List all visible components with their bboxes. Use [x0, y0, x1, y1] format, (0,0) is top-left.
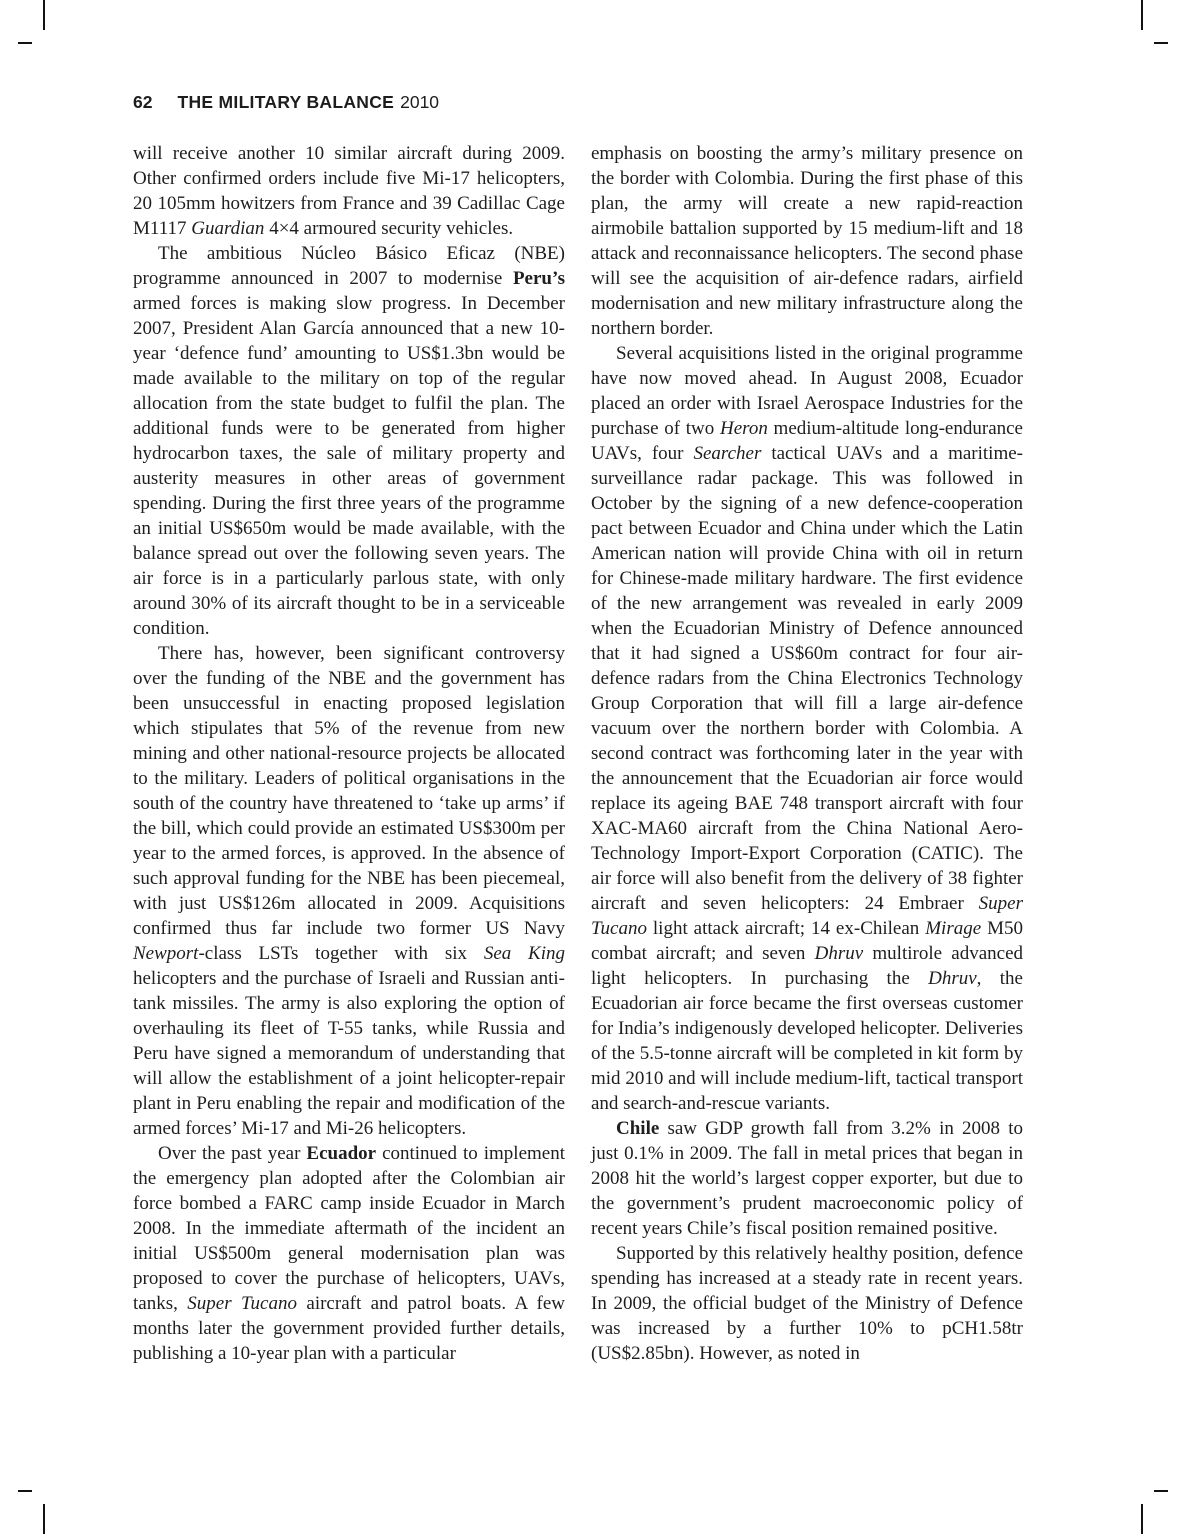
- text-run: -class LSTs together with six: [198, 943, 483, 964]
- text-run: emphasis on boosting the army’s military…: [591, 143, 1023, 339]
- crop-mark-bottom-left-vertical: [43, 1504, 45, 1534]
- text-run: Over the past year: [158, 1143, 306, 1164]
- paragraph: Over the past year Ecuador continued to …: [133, 1141, 565, 1366]
- text-run: Chile: [616, 1118, 659, 1139]
- text-run: armed forces is making slow progress. In…: [133, 293, 565, 639]
- header-title: THE MILITARY BALANCE: [177, 92, 394, 112]
- crop-mark-top-left-vertical: [43, 0, 45, 30]
- text-run: Heron: [720, 418, 768, 439]
- text-run: Ecuador: [306, 1143, 376, 1164]
- crop-mark-bottom-left-horizontal: [18, 1490, 32, 1492]
- text-columns: will receive another 10 similar aircraft…: [133, 141, 1023, 1366]
- text-run: light attack aircraft; 14 ex-Chilean: [647, 918, 925, 939]
- header-year: 2010: [400, 92, 439, 112]
- text-run: helicopters and the purchase of Israeli …: [133, 968, 565, 1139]
- paragraph: Supported by this relatively healthy pos…: [591, 1241, 1023, 1366]
- crop-mark-top-right-vertical: [1141, 0, 1143, 30]
- right-column: emphasis on boosting the army’s military…: [591, 141, 1023, 1366]
- paragraph: There has, however, been significant con…: [133, 641, 565, 1141]
- text-run: The ambitious Núcleo Básico Eficaz (NBE)…: [133, 243, 565, 289]
- text-run: Newport: [133, 943, 198, 964]
- text-run: Dhruv: [928, 968, 977, 989]
- left-column: will receive another 10 similar aircraft…: [133, 141, 565, 1366]
- text-run: continued to implement the emergency pla…: [133, 1143, 565, 1314]
- crop-mark-top-left-horizontal: [18, 42, 32, 44]
- text-run: Dhruv: [815, 943, 864, 964]
- page-number: 62: [133, 92, 152, 112]
- text-run: Supported by this relatively healthy pos…: [591, 1243, 1023, 1364]
- paragraph: The ambitious Núcleo Básico Eficaz (NBE)…: [133, 241, 565, 641]
- text-run: Searcher: [693, 443, 761, 464]
- text-run: Super Tucano: [187, 1293, 297, 1314]
- crop-mark-bottom-right-horizontal: [1154, 1490, 1168, 1492]
- text-run: There has, however, been significant con…: [133, 643, 565, 939]
- text-run: tactical UAVs and a maritime-surveillanc…: [591, 443, 1023, 914]
- crop-mark-top-right-horizontal: [1154, 42, 1168, 44]
- text-run: , the Ecuadorian air force became the fi…: [591, 968, 1023, 1114]
- text-run: 4×4 armoured security vehicles.: [264, 218, 513, 239]
- text-run: Peru’s: [513, 268, 565, 289]
- text-run: Sea King: [484, 943, 565, 964]
- paragraph: Chile saw GDP growth fall from 3.2% in 2…: [591, 1116, 1023, 1241]
- paragraph: will receive another 10 similar aircraft…: [133, 141, 565, 241]
- paragraph: Several acquisitions listed in the origi…: [591, 341, 1023, 1116]
- text-run: Guardian: [191, 218, 264, 239]
- running-header: 62THE MILITARY BALANCE2010: [133, 92, 439, 113]
- text-run: Mirage: [925, 918, 981, 939]
- book-page: 62THE MILITARY BALANCE2010 will receive …: [0, 0, 1186, 1534]
- crop-mark-bottom-right-vertical: [1141, 1504, 1143, 1534]
- paragraph: emphasis on boosting the army’s military…: [591, 141, 1023, 341]
